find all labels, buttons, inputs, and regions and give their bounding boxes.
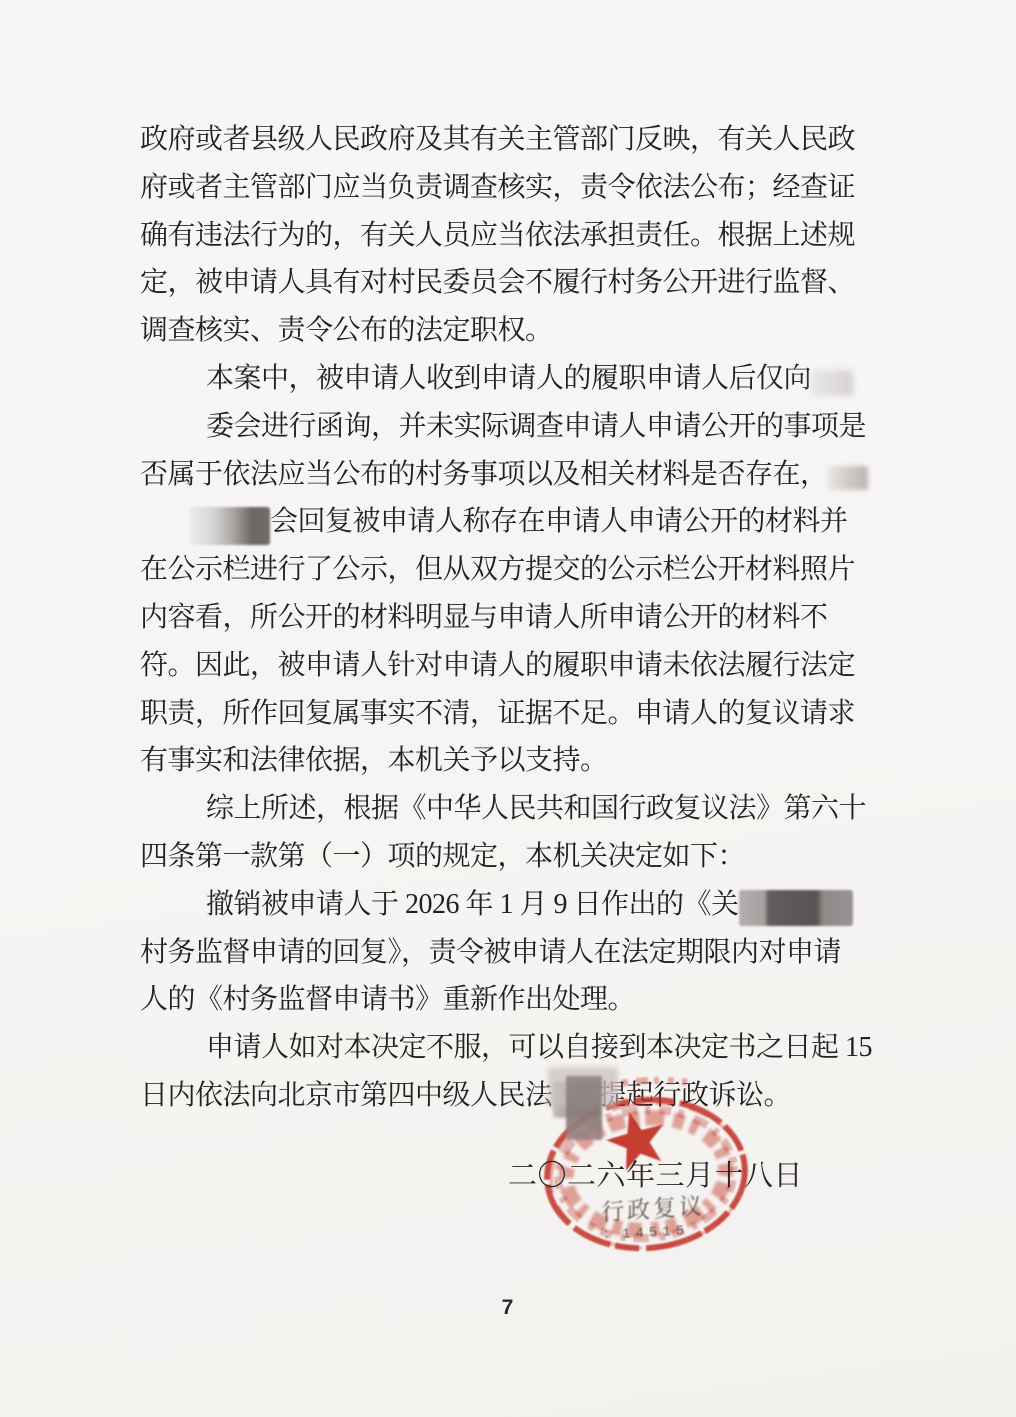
redaction-blur: [739, 890, 853, 926]
document-text: 申请人如对本决定不服，可以自接到本决定书之日起 15: [206, 1032, 872, 1063]
redaction-blur: [566, 1076, 602, 1140]
document-line: 四条第一款第（一）项的规定，本机关决定如下：: [140, 833, 885, 881]
document-text: 府或者主管部门应当负责调查核实，责令依法公布；经查证: [140, 172, 855, 203]
document-text: 日内依法向北京市第四中级人民法: [140, 1080, 553, 1111]
document-text: 会回复被申请人称存在申请人申请公开的材料并: [270, 506, 848, 537]
document-text: 四条第一款第（一）项的规定，本机关决定如下：: [140, 841, 745, 872]
document-text: 在公示栏进行了公示，但从双方提交的公示栏公开材料照片: [140, 554, 855, 585]
document-text: 委会进行函询，并未实际调查申请人申请公开的事项是: [206, 411, 866, 442]
document-line: 综上所述，根据《中华人民共和国行政复议法》第六十: [140, 785, 885, 833]
document-text: 符。因此，被申请人针对申请人的履职申请未依法履行法定: [140, 650, 855, 681]
document-line: 职责，所作回复属事实不清，证据不足。申请人的复议请求: [140, 690, 885, 738]
redaction-blur: [190, 507, 270, 545]
document-text: 职责，所作回复属事实不清，证据不足。申请人的复议请求: [140, 698, 855, 729]
document-text: 本案中，被申请人收到申请人的履职申请人后仅向: [206, 363, 811, 394]
document-text: 定，被申请人具有对村民委员会不履行村务公开进行监督、: [140, 267, 855, 298]
document-line: 申请人如对本决定不服，可以自接到本决定书之日起 15: [140, 1024, 885, 1072]
document-line: 定，被申请人具有对村民委员会不履行村务公开进行监督、: [140, 259, 885, 307]
document-line: 政府或者县级人民政府及其有关主管部门反映，有关人民政: [140, 116, 885, 164]
document-line: 委会进行函询，并未实际调查申请人申请公开的事项是: [140, 403, 885, 451]
document-text: 人的《村务监督申请书》重新作出处理。: [140, 984, 635, 1015]
document-text: 综上所述，根据《中华人民共和国行政复议法》第六十: [206, 793, 866, 824]
document-line: 人的《村务监督申请书》重新作出处理。: [140, 976, 885, 1024]
document-line: 在公示栏进行了公示，但从双方提交的公示栏公开材料照片: [140, 546, 885, 594]
page-number: 7: [0, 1296, 1016, 1320]
document-line: 有事实和法律依据，本机关予以支持。: [140, 737, 885, 785]
document-body: 政府或者县级人民政府及其有关主管部门反映，有关人民政府或者主管部门应当负责调查核…: [140, 116, 885, 1120]
document-text: 内容看，所公开的材料明显与申请人所申请公开的材料不: [140, 602, 828, 633]
document-line: 本案中，被申请人收到申请人的履职申请人后仅向: [140, 355, 885, 403]
document-text: 有事实和法律依据，本机关予以支持。: [140, 745, 608, 776]
document-line: 符。因此，被申请人针对申请人的履职申请未依法履行法定: [140, 642, 885, 690]
document-line: 调查核实、责令公布的法定职权。: [140, 307, 885, 355]
document-text: 确有违法行为的，有关人员应当依法承担责任。根据上述规: [140, 220, 855, 251]
redaction-blur: [828, 466, 868, 490]
document-text: 政府或者县级人民政府及其有关主管部门反映，有关人民政: [140, 124, 855, 155]
document-line: 会回复被申请人称存在申请人申请公开的材料并: [140, 498, 885, 546]
document-line: 确有违法行为的，有关人员应当依法承担责任。根据上述规: [140, 212, 885, 260]
document-text: 村务监督申请的回复》，责令被申请人在法定期限内对申请: [140, 937, 841, 968]
document-line: 府或者主管部门应当负责调查核实，责令依法公布；经查证: [140, 164, 885, 212]
document-line: 撤销被申请人于 2026 年 1 月 9 日作出的《关: [140, 881, 885, 929]
document-text: 调查核实、责令公布的法定职权。: [140, 315, 553, 346]
decision-date: 二〇二六年三月十八日: [508, 1158, 808, 1194]
document-text: 撤销被申请人于 2026 年 1 月 9 日作出的《关: [206, 889, 739, 920]
scanned-document-page: 政府或者县级人民政府及其有关主管部门反映，有关人民政府或者主管部门应当负责调查核…: [0, 0, 1016, 1417]
document-line: 村务监督申请的回复》，责令被申请人在法定期限内对申请: [140, 929, 885, 977]
document-text: 否属于依法应当公布的村务事项以及相关材料是否存在，: [140, 459, 828, 490]
document-line: 否属于依法应当公布的村务事项以及相关材料是否存在，: [140, 451, 885, 499]
redaction-blur: [811, 370, 853, 396]
document-line: 内容看，所公开的材料明显与申请人所申请公开的材料不: [140, 594, 885, 642]
